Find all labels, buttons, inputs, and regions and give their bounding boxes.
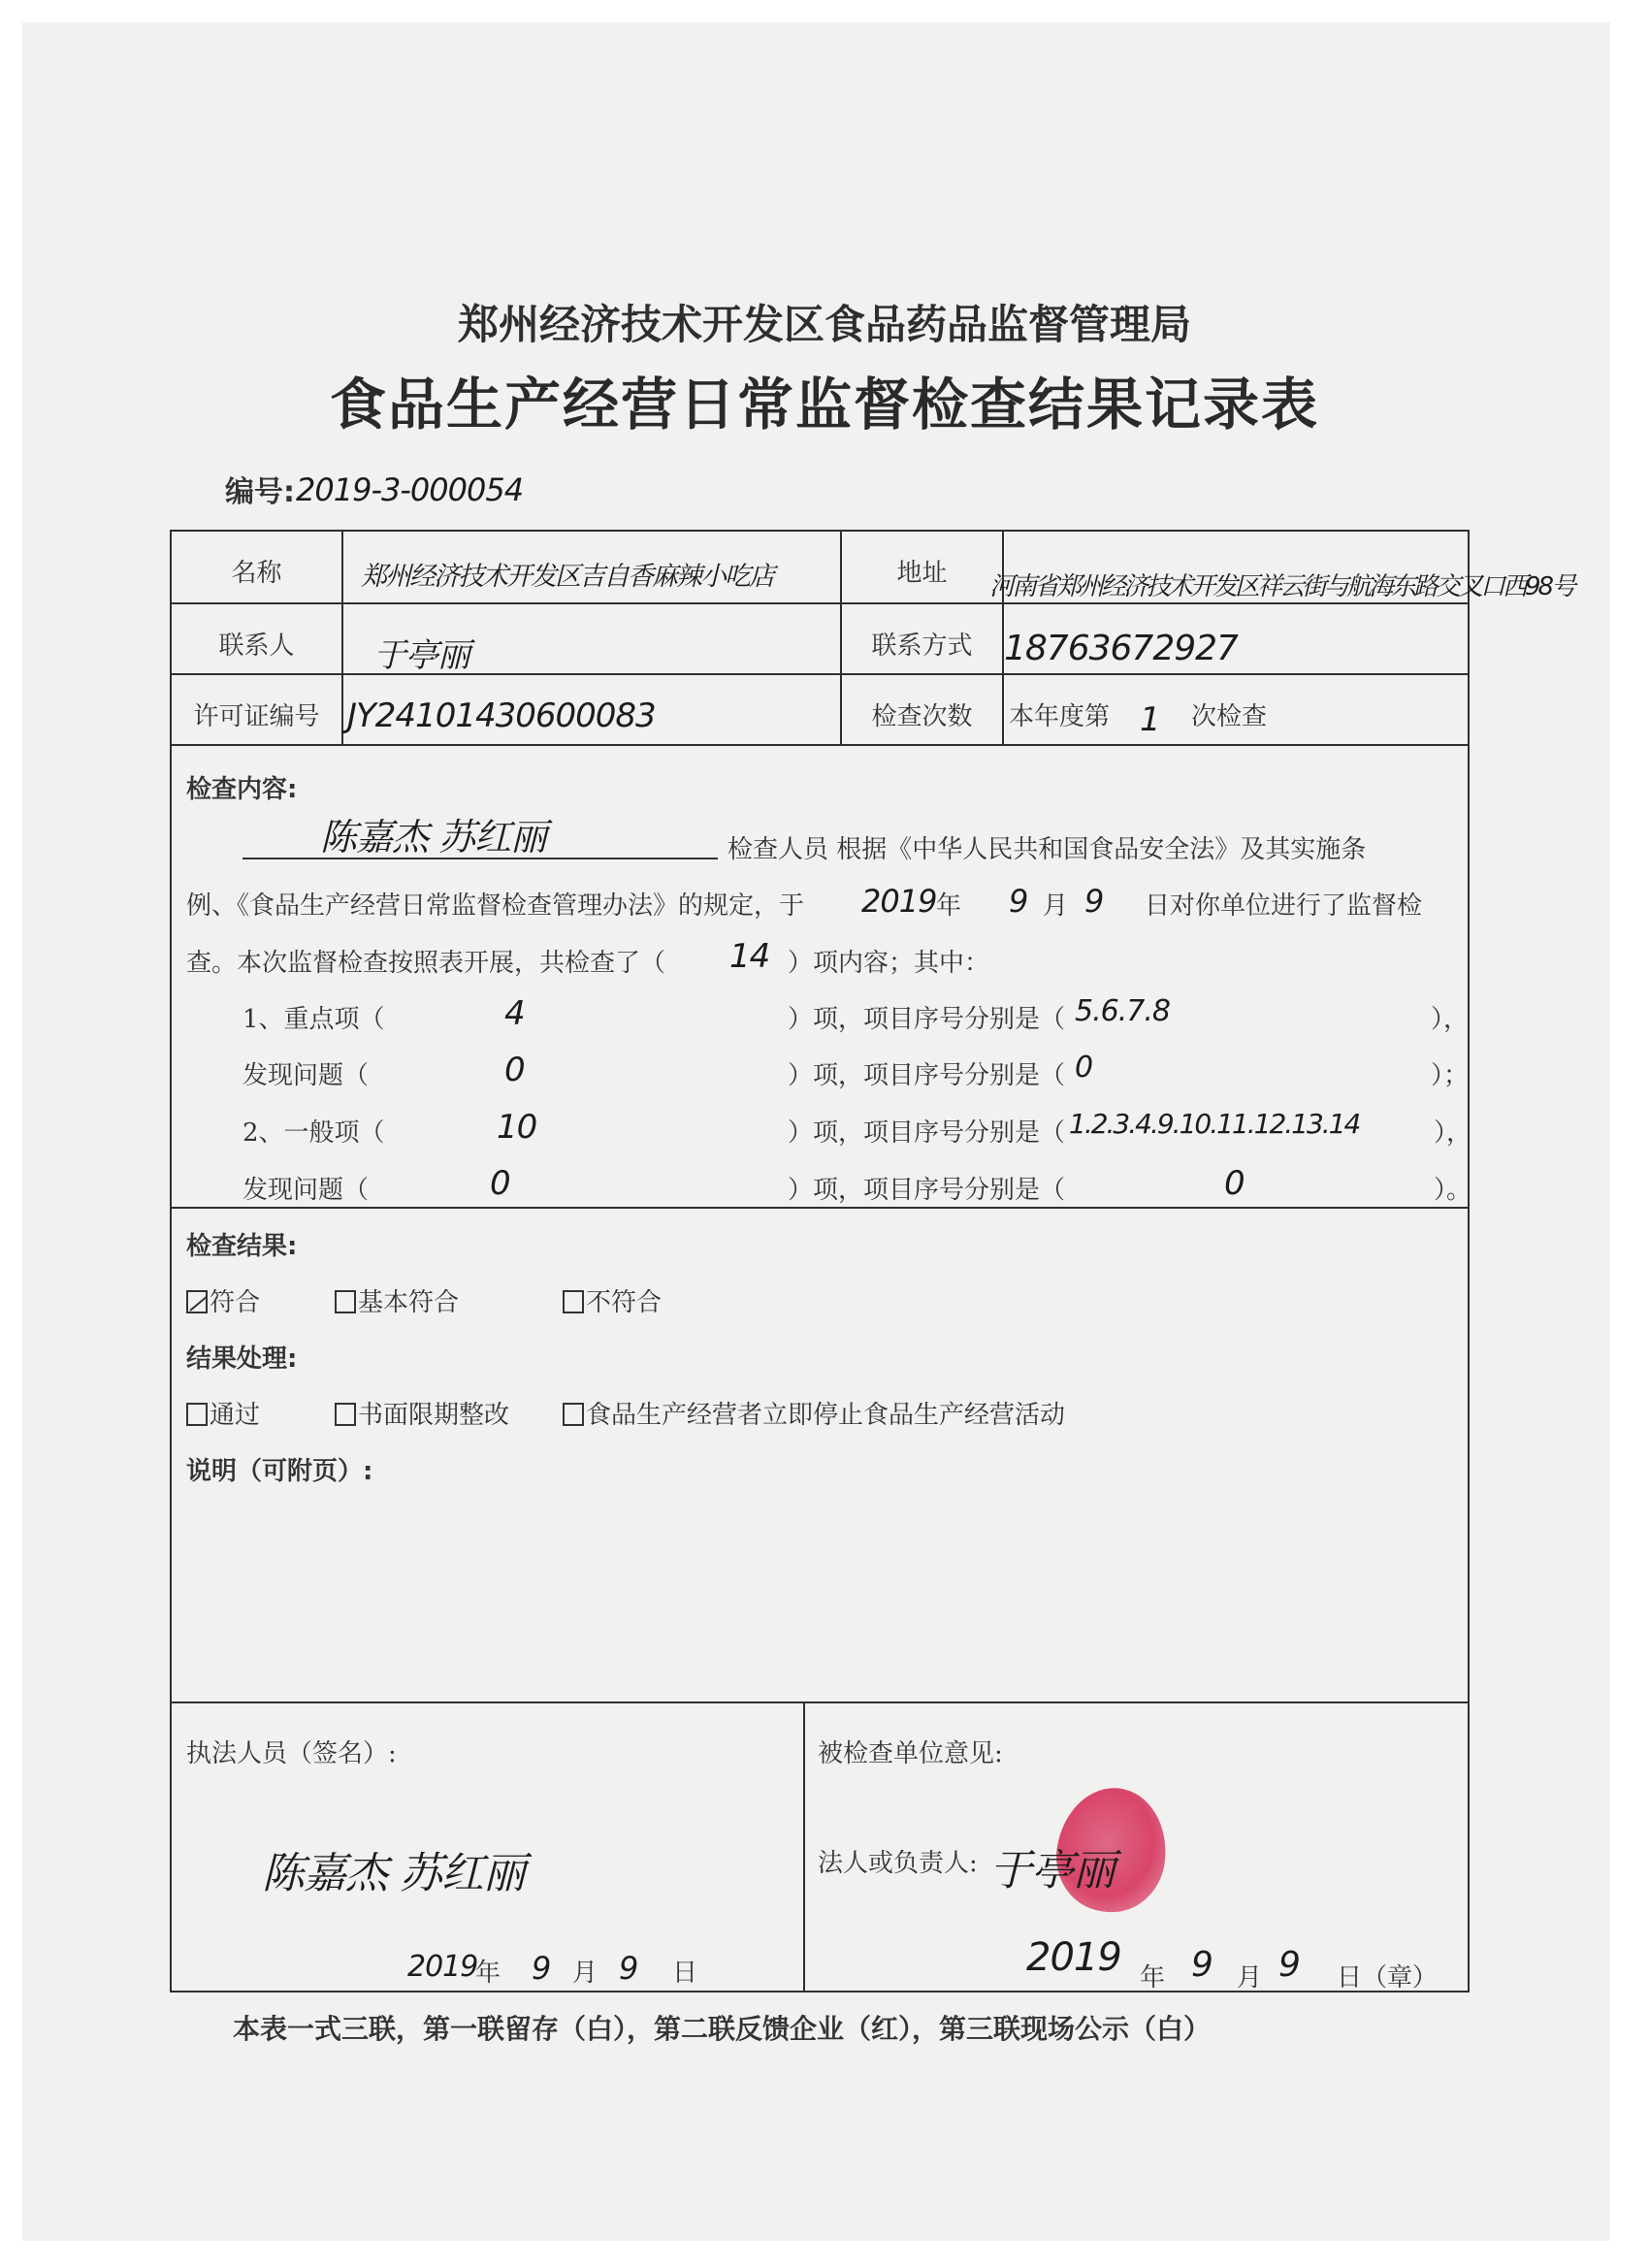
handling-heading: 结果处理: <box>186 1339 297 1375</box>
officer-month-label: 月 <box>572 1953 598 1989</box>
item-row-label: 2、一般项（ <box>242 1113 385 1149</box>
legal-person-signature: 于亭丽 <box>989 1835 1115 1897</box>
officer-date-year: 2019 <box>407 1950 477 1984</box>
result-option-basically-compliant[interactable]: 基本符合 <box>335 1282 459 1318</box>
item-row-count: 4 <box>504 994 525 1033</box>
phone-value: 18763672927 <box>1004 629 1238 668</box>
count-prefix: 本年度第 <box>1009 697 1110 732</box>
row-divider <box>170 673 1470 675</box>
item-row-numbers: 0 <box>1075 1051 1092 1085</box>
checkbox-icon[interactable] <box>335 1403 356 1426</box>
item-row-mid: ）项，项目序号分别是（ <box>788 1113 1065 1149</box>
item-row-end: ）， <box>1434 1113 1471 1149</box>
section-divider <box>170 1207 1470 1209</box>
col-divider <box>341 530 343 745</box>
item-row-end: ）， <box>1431 999 1469 1035</box>
item-row-count: 10 <box>497 1108 536 1147</box>
license-value: JY24101430600083 <box>347 697 656 735</box>
unit-month-label: 月 <box>1237 1958 1262 1993</box>
table-border-left <box>170 530 172 1993</box>
row-divider <box>170 744 1470 746</box>
contact-label: 联系人 <box>172 626 341 662</box>
content-heading: 检查内容: <box>186 769 297 805</box>
officer-label: 执法人员（签名）: <box>186 1733 397 1769</box>
form-title: 食品生产经营日常监督检查结果记录表 <box>0 359 1649 440</box>
inspectors-signature: 陈嘉杰 苏红丽 <box>320 807 546 860</box>
address-label: 地址 <box>842 553 1002 589</box>
officer-signature: 陈嘉杰 苏红丽 <box>262 1838 525 1900</box>
serial-number: 2019-3-000054 <box>296 471 523 508</box>
inspection-day: 9 <box>1084 883 1103 920</box>
result-heading: 检查结果: <box>186 1226 297 1262</box>
unit-opinion-label: 被检查单位意见: <box>818 1733 1003 1769</box>
handling-option-stop[interactable]: 食品生产经营者立即停止食品生产经营活动 <box>563 1395 1065 1431</box>
signature-col-divider <box>803 1701 805 1993</box>
address-value: 河南省郑州经济技术开发区祥云街与航海东路交叉口西98号 <box>989 567 1573 602</box>
count-label: 检查次数 <box>842 697 1002 732</box>
item-row-numbers: 5.6.7.8 <box>1075 994 1170 1028</box>
total-items: 14 <box>729 937 769 976</box>
item-row-label: 发现问题（ <box>242 1055 369 1091</box>
legal-person-label: 法人或负责人: <box>818 1843 978 1879</box>
phone-label: 联系方式 <box>842 626 1002 662</box>
result-option-compliant[interactable]: 符合 <box>186 1282 260 1318</box>
officer-year-label: 年 <box>475 1953 501 1989</box>
section-divider <box>170 1701 1470 1703</box>
checkbox-icon[interactable] <box>335 1290 356 1313</box>
result-option-noncompliant[interactable]: 不符合 <box>563 1282 662 1318</box>
item-row-end: ）。 <box>1434 1170 1471 1206</box>
name-value: 郑州经济技术开发区吉自香麻辣小吃店 <box>361 555 773 593</box>
table-border-right <box>1468 530 1470 1993</box>
footer-note: 本表一式三联，第一联留存（白），第二联反馈企业（红），第三联现场公示（白） <box>233 2008 1211 2047</box>
inspection-month: 9 <box>1009 883 1027 920</box>
unit-date-month: 9 <box>1191 1945 1212 1985</box>
seal-label: 日（章） <box>1337 1958 1438 1993</box>
paragraph-line-3b: ）项内容；其中： <box>788 943 989 979</box>
note-label: 说明（可附页）: <box>186 1451 372 1487</box>
table-border-top <box>170 530 1470 532</box>
checkbox-checked-icon[interactable] <box>186 1290 208 1313</box>
count-value: 1 <box>1140 700 1160 739</box>
contact-value: 于亭丽 <box>373 629 469 676</box>
paragraph-line-3a: 查。本次监督检查按照表开展，共检查了（ <box>186 943 665 979</box>
table-border-bottom <box>170 1991 1470 1993</box>
item-row-mid: ）项，项目序号分别是（ <box>788 1170 1065 1206</box>
paragraph-line-2b: 日对你单位进行了监督检 <box>1145 886 1422 922</box>
item-row-numbers: 1.2.3.4.9.10.11.12.13.14 <box>1069 1108 1359 1140</box>
item-row-count: 0 <box>490 1164 510 1203</box>
serial-label: 编号: <box>225 468 295 510</box>
agency-name: 郑州经济技术开发区食品药品监督管理局 <box>0 293 1649 351</box>
month-label: 月 <box>1043 886 1068 922</box>
name-label: 名称 <box>172 553 341 589</box>
year-label: 年 <box>936 886 961 922</box>
checkbox-icon[interactable] <box>563 1403 584 1426</box>
item-row-numbers: 0 <box>1224 1164 1245 1203</box>
item-row-end: ）； <box>1431 1055 1469 1091</box>
item-row-label: 1、重点项（ <box>242 999 385 1035</box>
license-label: 许可证编号 <box>172 697 341 732</box>
checkbox-icon[interactable] <box>186 1403 208 1426</box>
unit-date-day: 9 <box>1278 1945 1300 1985</box>
unit-date-year: 2019 <box>1026 1935 1121 1980</box>
officer-date-month: 9 <box>532 1950 550 1987</box>
row-divider <box>170 602 1470 604</box>
officer-day-label: 日 <box>672 1953 697 1989</box>
item-row-mid: ）项，项目序号分别是（ <box>788 999 1065 1035</box>
officer-date-day: 9 <box>619 1950 637 1987</box>
paragraph-line-2a: 例、《食品生产经营日常监督检查管理办法》的规定，于 <box>186 886 804 922</box>
checkbox-icon[interactable] <box>563 1290 584 1313</box>
inspection-year: 2019 <box>861 883 936 920</box>
item-row-mid: ）项，项目序号分别是（ <box>788 1055 1065 1091</box>
item-row-label: 发现问题（ <box>242 1170 369 1206</box>
unit-year-label: 年 <box>1140 1958 1165 1993</box>
count-suffix: 次检查 <box>1191 697 1267 732</box>
paragraph-line-1: 检查人员 根据《中华人民共和国食品安全法》及其实施条 <box>727 829 1366 865</box>
handling-option-rectify[interactable]: 书面限期整改 <box>335 1395 509 1431</box>
handling-option-pass[interactable]: 通过 <box>186 1395 260 1431</box>
item-row-count: 0 <box>504 1051 525 1089</box>
